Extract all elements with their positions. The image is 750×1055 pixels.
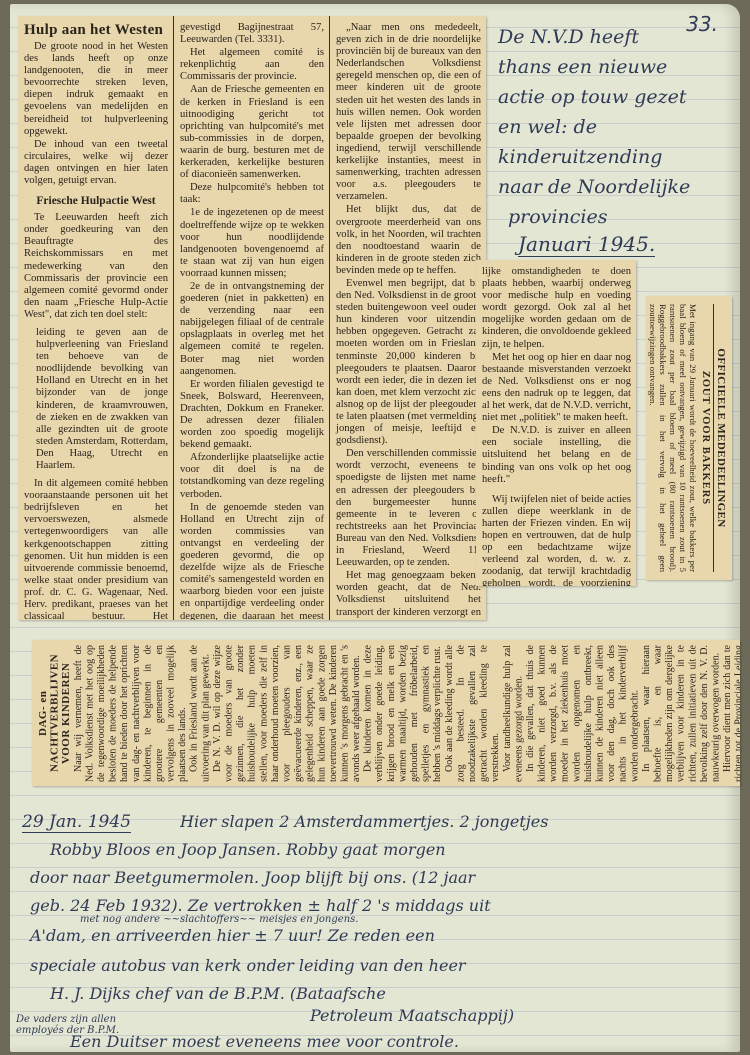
handwritten-line: provincies bbox=[508, 206, 607, 228]
paragraph: De N. V. D. wil op deze wijze voor de mo… bbox=[212, 645, 363, 782]
paragraph: Naar wij vernemen, heeft de Ned. Volksdi… bbox=[73, 645, 189, 782]
page-number: 33. bbox=[686, 12, 718, 36]
paragraph: Er worden filialen gevestigd te Sneek, B… bbox=[180, 379, 324, 452]
paragraph: Het algemeen comité is rekenplichtig aan… bbox=[180, 47, 324, 83]
interlinear-note: met nog andere ~~slachtoffers~~ meisjes … bbox=[80, 914, 358, 925]
clipping-column-4: lijke omstandigheden te doen plaats hebb… bbox=[476, 260, 636, 586]
paragraph: Het mag genoegzaam bekend worden geacht,… bbox=[336, 570, 481, 620]
diary-line: geb. 24 Feb 1932). Ze vertrokken ± half … bbox=[30, 896, 491, 915]
notice-body: Met ingang van 29 Januari wordt de hoeve… bbox=[648, 304, 698, 572]
headline: DAG- en NACHTVERBLIJVEN VOOR KINDEREN bbox=[38, 644, 73, 782]
paragraph: In plaatsen, waar hieraan behoefte is, e… bbox=[641, 645, 722, 782]
clipping-officieele-mededeelingen: OFFICIEELE MEDEDEELINGEN ZOUT VOOR BAKKE… bbox=[646, 296, 732, 580]
notice-subtitle: ZOUT VOOR BAKKERS bbox=[700, 304, 710, 572]
paragraph: Ook aan de kleeding wordt alle zorg best… bbox=[444, 645, 502, 782]
handwritten-line: De N.V.D heeft bbox=[498, 26, 639, 48]
paragraph: Wij twijfelen niet of beide acties zulle… bbox=[482, 494, 631, 586]
diary-line: H. J. Dijks chef van de B.P.M. (Bataafsc… bbox=[50, 984, 386, 1003]
paragraph: Hiervoor dient men zich dan te richten t… bbox=[722, 645, 740, 782]
paragraph: De inhoud van een tweetal circulaires, w… bbox=[24, 139, 168, 187]
paragraph: De groote nood in het Westen des lands h… bbox=[24, 41, 168, 138]
diary-line: door naar Beetgumermolen. Joop blijft bi… bbox=[30, 868, 475, 887]
clipping-column-1: Hulp aan het Westen De groote nood in he… bbox=[18, 16, 173, 620]
diary-line: Petroleum Maatschappij) bbox=[310, 1006, 514, 1025]
subheadline: Friesche Hulpactie West bbox=[24, 195, 168, 208]
paragraph: 1e de ingezetenen op de meest doeltreffe… bbox=[180, 207, 324, 280]
paragraph: Deze hulpcomité's hebben tot taak: bbox=[180, 182, 324, 206]
paragraph: 2e de in ontvangstneming der goederen (n… bbox=[180, 281, 324, 378]
paragraph: Voor tandheelkundige hulp zal eveneens g… bbox=[502, 645, 525, 782]
diary-line: Een Duitser moest eveneens mee voor cont… bbox=[70, 1032, 459, 1051]
handwritten-line: kinderuitzending bbox=[498, 146, 662, 168]
paragraph: Afzonderlijke plaatselijke actie voor di… bbox=[180, 452, 324, 500]
paragraph: „Naar men ons mededeelt, geven zich in d… bbox=[336, 22, 481, 203]
diary-line: Robby Bloos en Joop Jansen. Robby gaat m… bbox=[50, 840, 446, 859]
clipping-hulp-aan-het-westen: Hulp aan het Westen De groote nood in he… bbox=[18, 16, 486, 620]
quote-block: leiding te geven aan de hulpverleening v… bbox=[24, 327, 168, 472]
handwritten-date: Januari 1945. bbox=[518, 232, 655, 257]
clipping-dag-en-nachtverblijven: DAG- en NACHTVERBLIJVEN VOOR KINDEREN Na… bbox=[32, 640, 740, 786]
diary-line: Hier slapen 2 Amsterdammertjes. 2 jonget… bbox=[180, 812, 548, 831]
handwritten-line: thans een nieuwe bbox=[498, 56, 667, 78]
paragraph: Het blijkt dus, dat de overgroote meerde… bbox=[336, 204, 481, 277]
clipping-column-2: gevestigd Bagijnestraat 57, Leeuwarden (… bbox=[173, 16, 329, 620]
paragraph: In de genoemde steden van Holland en Utr… bbox=[180, 502, 324, 620]
notice-title: OFFICIEELE MEDEDEELINGEN bbox=[713, 304, 726, 572]
diary-line: A'dam, en arriveerden hier ± 7 uur! Ze r… bbox=[30, 926, 435, 945]
scrapbook-page: 33. Hulp aan het Westen De groote nood i… bbox=[10, 4, 740, 1052]
diary-date: 29 Jan. 1945 bbox=[22, 812, 131, 833]
paragraph: Met het oog op hier en daar nog bestaand… bbox=[482, 352, 631, 425]
paragraph: lijke omstandigheden te doen plaats hebb… bbox=[482, 266, 631, 351]
paragraph: Evenwel men begrijpt, dat bij den Ned. V… bbox=[336, 278, 481, 447]
paragraph: Te Leeuwarden heeft zich onder goedkeuri… bbox=[24, 212, 168, 321]
paragraph: Ook in Friesland wordt aan de uitvoering… bbox=[189, 645, 212, 782]
headline: Hulp aan het Westen bbox=[24, 22, 168, 39]
paragraph: De kinderen komen in deze verblijven ond… bbox=[363, 645, 444, 782]
paragraph: gevestigd Bagijnestraat 57, Leeuwarden (… bbox=[180, 22, 324, 46]
clipping-column-3: „Naar men ons mededeelt, geven zich in d… bbox=[329, 16, 486, 620]
rotated-article: DAG- en NACHTVERBLIJVEN VOOR KINDEREN Na… bbox=[38, 644, 734, 782]
diary-line: speciale autobus van kerk onder leiding … bbox=[30, 956, 466, 975]
handwritten-line: naar de Noordelijke bbox=[498, 176, 690, 198]
clipping-continuation: lijke omstandigheden te doen plaats hebb… bbox=[476, 260, 636, 586]
paragraph: Aan de Friesche gemeenten en de kerken i… bbox=[180, 84, 324, 181]
handwritten-line: actie op touw gezet bbox=[498, 86, 687, 108]
handwritten-line: en wel: de bbox=[498, 116, 597, 138]
paragraph: In die gevallen, dat thuis de kinderen, … bbox=[525, 645, 641, 782]
paragraph: In dit algemeen comité hebben vooraansta… bbox=[24, 478, 168, 620]
paragraph: De N.V.D. is zuiver en alleen een social… bbox=[482, 425, 631, 485]
paragraph: Den verschillenden commissies wordt verz… bbox=[336, 448, 481, 569]
